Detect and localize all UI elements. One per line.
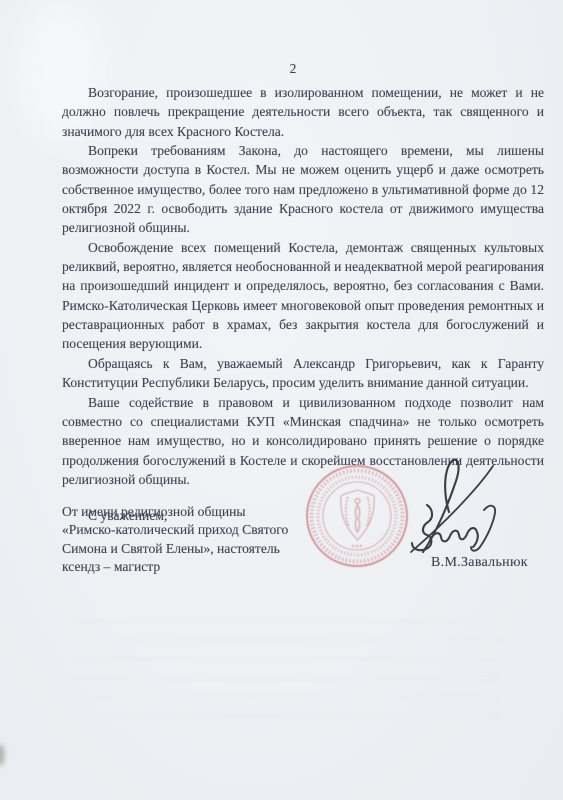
reverse-side-bleed-through [70,620,500,720]
sender-line: От имени религиозной общины [62,503,288,521]
sender-line: Симона и Святой Елены», настоятель [62,540,288,558]
page-edge-smudge [0,744,4,766]
sender-line: ксендз – магистр [62,558,288,576]
body-paragraph: Возгорание, произошедшее в изолированном… [62,83,544,141]
page-number: 2 [52,61,534,77]
body-paragraph: Вопреки требованиям Закона, до настоящег… [62,141,544,238]
signer-name: В.М.Завальнюк [431,555,528,571]
body-paragraph: Обращаясь к Вам, уважаемый Александр Гри… [62,354,544,393]
sender-line: «Римско-католический приход Святого [62,521,288,539]
sender-identification-block: От имени религиозной общины «Римско-като… [62,503,288,576]
scanned-letter-page: 2 Возгорание, произошедшее в изолированн… [0,0,563,800]
body-paragraph: Освобождение всех помещений Костела, дем… [62,238,544,354]
